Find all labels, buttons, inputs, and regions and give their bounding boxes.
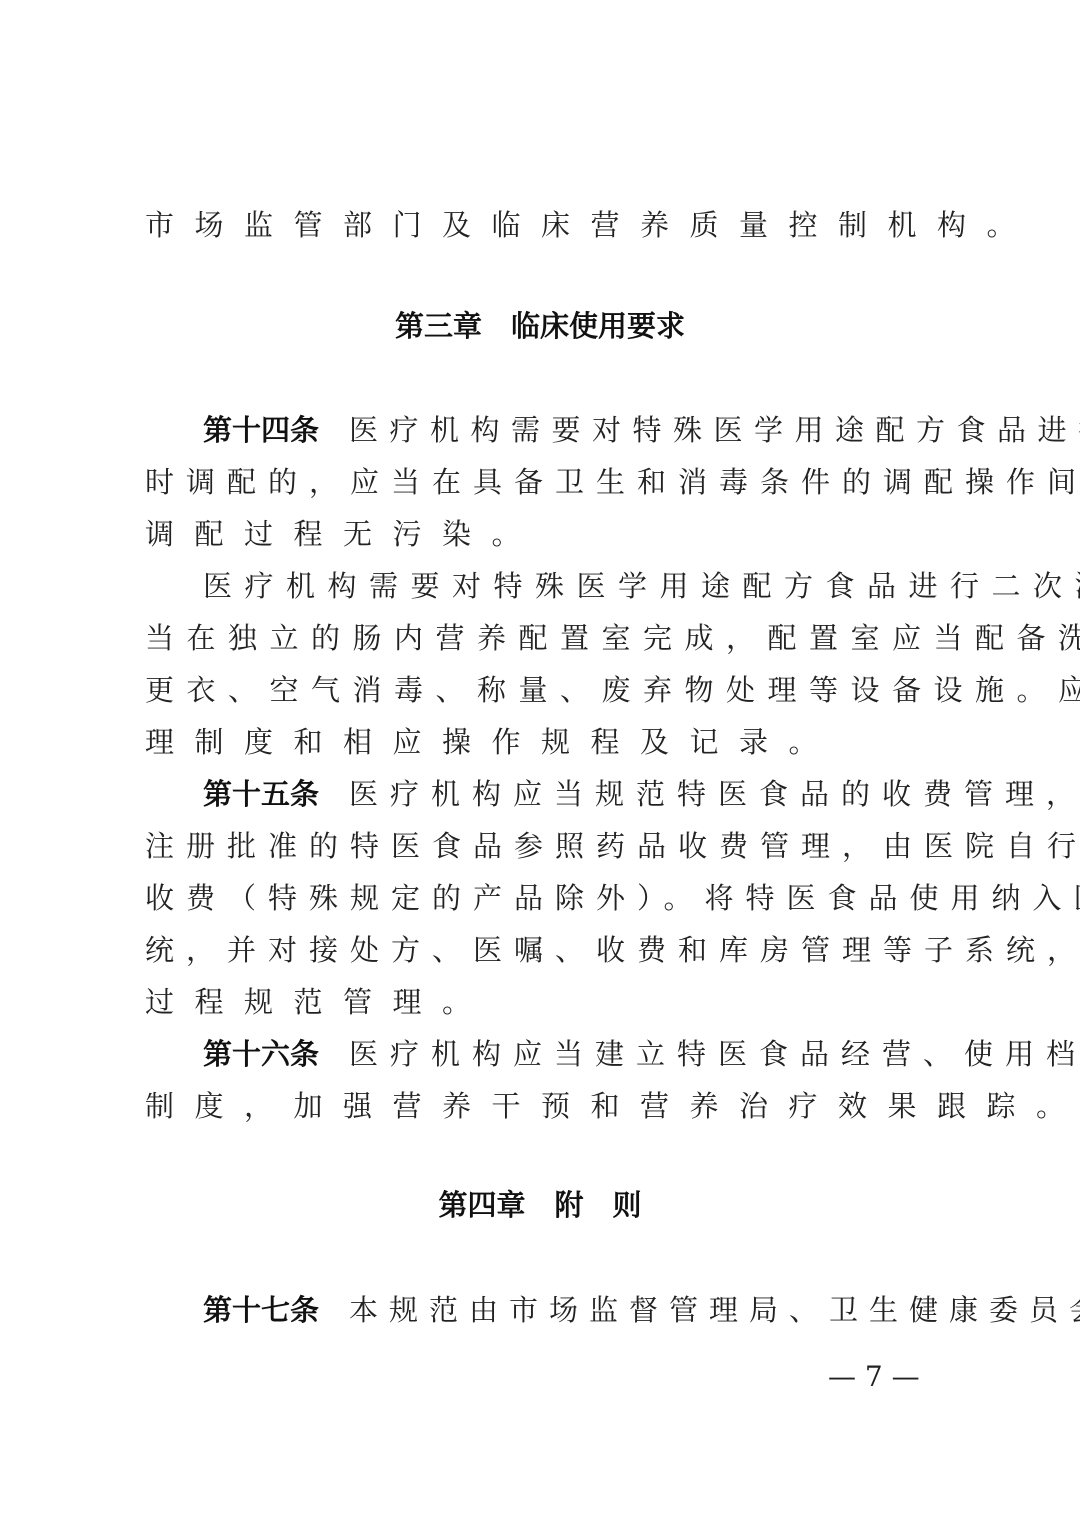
page-number: — 7 —: [828, 1357, 920, 1397]
paragraph-line: 市场监管部门及临床营养质量控制机构。: [145, 205, 950, 245]
article-14-para2-line-2: 当在独立的肠内营养配置室完成，配置室应当配备洗手、消毒、: [145, 618, 950, 658]
article-16-line-1: 第十六条医疗机构应当建立特医食品经营、使用档案管理: [203, 1034, 1008, 1074]
article-14-para2-line-3: 更衣、空气消毒、称量、废弃物处理等设备设施。应建立卫生管: [145, 670, 950, 710]
document-page: 市场监管部门及临床营养质量控制机构。 第三章 临床使用要求 第十四条医疗机构需要…: [0, 0, 1080, 1527]
article-text: 医疗机构应当建立特医食品经营、使用档案管理: [349, 1037, 1080, 1071]
article-14-para2-line-4: 理制度和相应操作规程及记录。: [145, 722, 950, 762]
chapter-heading: 第三章 临床使用要求: [0, 306, 1080, 346]
article-14-line-3: 调配过程无污染。: [145, 514, 950, 554]
article-text: 医疗机构应当规范特医食品的收费管理，对经过: [349, 777, 1080, 811]
article-text: 本规范由市场监督管理局、卫生健康委员会和医: [349, 1293, 1080, 1327]
article-label: 第十五条: [203, 777, 319, 811]
article-text: 医疗机构需要对特殊医学用途配方食品进行临: [349, 413, 1080, 447]
article-label: 第十四条: [203, 413, 319, 447]
article-label: 第十七条: [203, 1293, 319, 1327]
article-15-line-2: 注册批准的特医食品参照药品收费管理，由医院自行编码，现金: [145, 826, 950, 866]
article-label: 第十六条: [203, 1037, 319, 1071]
article-14-line-2: 时调配的，应当在具备卫生和消毒条件的调配操作间完成，确保: [145, 462, 950, 502]
article-15-line-3: 收费（特殊规定的产品除外）。将特医食品使用纳入医院信息系: [145, 878, 950, 918]
article-14-para2-line-1: 医疗机构需要对特殊医学用途配方食品进行二次灌装的，应: [203, 566, 1008, 606]
article-14-line-1: 第十四条医疗机构需要对特殊医学用途配方食品进行临: [203, 410, 1008, 450]
chapter-heading: 第四章 附 则: [0, 1185, 1080, 1225]
article-15-line-1: 第十五条医疗机构应当规范特医食品的收费管理，对经过: [203, 774, 1008, 814]
article-17-line-1: 第十七条本规范由市场监督管理局、卫生健康委员会和医: [203, 1290, 1008, 1330]
article-15-line-4: 统，并对接处方、医嘱、收费和库房管理等子系统，实现使用全: [145, 930, 950, 970]
article-15-line-5: 过程规范管理。: [145, 982, 950, 1022]
article-16-line-2: 制度，加强营养干预和营养治疗效果跟踪。: [145, 1086, 950, 1126]
